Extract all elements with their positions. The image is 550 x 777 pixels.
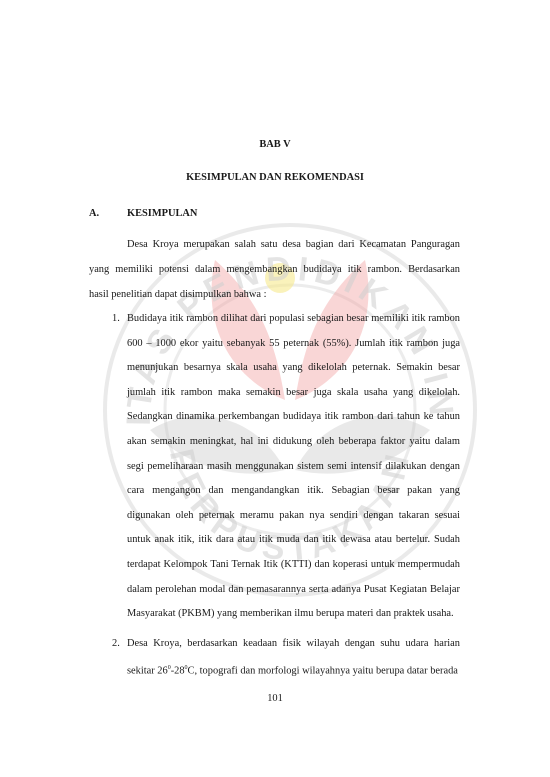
item-1-line: cara mengangon dan mengandangkan itik. S… bbox=[127, 485, 460, 497]
section-marker: A. bbox=[89, 208, 99, 220]
item-1-line: Sedangkan dinamika perkembangan budidaya… bbox=[127, 411, 460, 423]
item-1-line: 600 – 1000 ekor yaitu sebanyak 55 petern… bbox=[127, 338, 460, 350]
chapter-title: KESIMPULAN DAN REKOMENDASI bbox=[0, 172, 550, 184]
temperature-high: -28 bbox=[171, 665, 185, 676]
item-1-line: segi pemeliharaan masih menggunakan sist… bbox=[127, 461, 460, 473]
section-title: KESIMPULAN bbox=[127, 208, 197, 220]
document-page: UNIVERSITAS PENDIDIKAN INDONESIA PERPUST… bbox=[0, 0, 550, 777]
item-2-marker: 2. bbox=[112, 638, 120, 650]
item-1-line: Budidaya itik rambon dilihat dari popula… bbox=[127, 313, 460, 325]
item-1-line: jumlah itik rambon maka semakin besar ju… bbox=[127, 387, 460, 399]
item-1-marker: 1. bbox=[112, 313, 120, 325]
page-number: 101 bbox=[0, 693, 550, 705]
item-1-line: Masyarakat (PKBM) yang memberikan ilmu b… bbox=[127, 608, 460, 620]
item-1-line: digunakan oleh peternak meramu pakan nya… bbox=[127, 510, 460, 522]
item-1-line: untuk anak itik, itik dara atau itik mud… bbox=[127, 534, 460, 546]
temperature-low: sekitar 26 bbox=[127, 665, 168, 676]
intro-line-3: hasil penelitian dapat disimpulkan bahwa… bbox=[89, 289, 266, 301]
item-1-line: terdapat Kelompok Tani Ternak Itik (KTTI… bbox=[127, 559, 460, 571]
intro-line-1: Desa Kroya merupakan salah satu desa bag… bbox=[127, 239, 460, 251]
item-1-line: akan semakin meningkat, hal ini didukung… bbox=[127, 436, 460, 448]
intro-line-2: yang memiliki potensi dalam mengembangka… bbox=[89, 264, 460, 276]
item-1-line: dalam perolehan modal dan pemasarannya s… bbox=[127, 584, 460, 596]
item-2-line-2: sekitar 260-280C, topografi dan morfolog… bbox=[127, 662, 460, 677]
chapter-number: BAB V bbox=[0, 139, 550, 151]
item-1-line: menunjukan besarnya skala usaha yang dik… bbox=[127, 362, 460, 374]
item-2-line-2-rest: C, topografi dan morfologi wilayahnya ya… bbox=[188, 665, 458, 676]
item-2-line-1: Desa Kroya, berdasarkan keadaan fisik wi… bbox=[127, 638, 460, 650]
